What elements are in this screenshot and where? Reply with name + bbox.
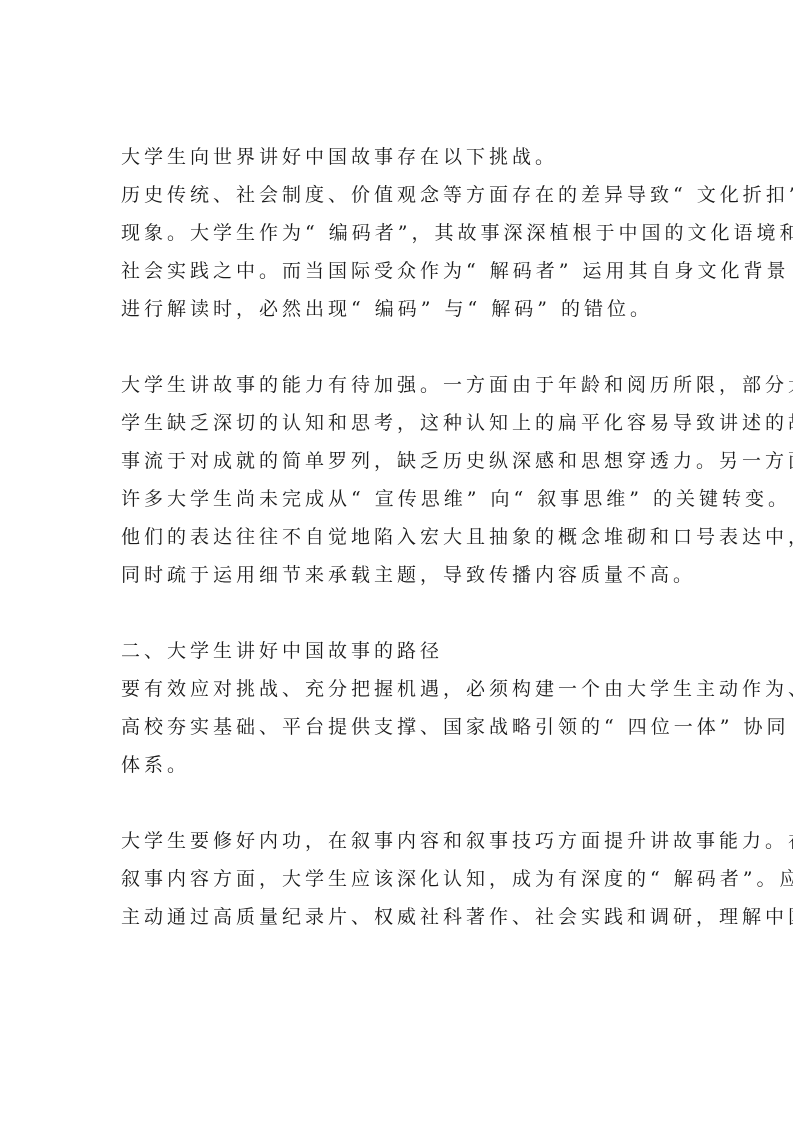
text-line: 高校夯实基础、平台提供支撑、国家战略引领的“ 四位一体” 协同 xyxy=(121,708,677,746)
text-line: 叙事内容方面，大学生应该深化认知，成为有深度的“ 解码者”。应 xyxy=(121,860,677,898)
paragraph-spacer xyxy=(121,328,677,366)
text-line: 体系。 xyxy=(121,746,677,784)
paragraph-cultural-discount: 历史传统、社会制度、价值观念等方面存在的差异导致“ 文化折扣” 现象。大学生作为… xyxy=(121,176,677,328)
document-page: 大学生向世界讲好中国故事存在以下挑战。 历史传统、社会制度、价值观念等方面存在的… xyxy=(121,138,677,936)
text-line: 现象。大学生作为“ 编码者”，其故事深深植根于中国的文化语境和 xyxy=(121,214,677,252)
text-line: 他们的表达往往不自觉地陷入宏大且抽象的概念堆砌和口号表达中， xyxy=(121,518,677,556)
text-line: 历史传统、社会制度、价值观念等方面存在的差异导致“ 文化折扣” xyxy=(121,176,677,214)
text-line: 事流于对成就的简单罗列，缺乏历史纵深感和思想穿透力。另一方面， xyxy=(121,442,677,480)
text-line: 进行解读时，必然出现“ 编码” 与“ 解码” 的错位。 xyxy=(121,290,677,328)
paragraph-spacer xyxy=(121,594,677,632)
text-line: 要有效应对挑战、充分把握机遇，必须构建一个由大学生主动作为、 xyxy=(121,670,677,708)
section-heading: 二、大学生讲好中国故事的路径 xyxy=(121,632,677,670)
text-line: 大学生要修好内功，在叙事内容和叙事技巧方面提升讲故事能力。在 xyxy=(121,822,677,860)
paragraph-inner-skills: 大学生要修好内功，在叙事内容和叙事技巧方面提升讲故事能力。在 叙事内容方面，大学… xyxy=(121,822,677,936)
text-line: 社会实践之中。而当国际受众作为“ 解码者” 运用其自身文化背景 xyxy=(121,252,677,290)
paragraph-section-two: 二、大学生讲好中国故事的路径 要有效应对挑战、充分把握机遇，必须构建一个由大学生… xyxy=(121,632,677,784)
text-line: 大学生讲故事的能力有待加强。一方面由于年龄和阅历所限，部分大 xyxy=(121,366,677,404)
text-line: 主动通过高质量纪录片、权威社科著作、社会实践和调研，理解中国 xyxy=(121,898,677,936)
text-line: 学生缺乏深切的认知和思考，这种认知上的扁平化容易导致讲述的故 xyxy=(121,404,677,442)
text-line: 同时疏于运用细节来承载主题，导致传播内容质量不高。 xyxy=(121,556,677,594)
paragraph-spacer xyxy=(121,784,677,822)
paragraph-storytelling-ability: 大学生讲故事的能力有待加强。一方面由于年龄和阅历所限，部分大 学生缺乏深切的认知… xyxy=(121,366,677,594)
text-line: 许多大学生尚未完成从“ 宣传思维” 向“ 叙事思维” 的关键转变。 xyxy=(121,480,677,518)
paragraph-challenges-intro: 大学生向世界讲好中国故事存在以下挑战。 xyxy=(121,138,677,176)
text-line: 大学生向世界讲好中国故事存在以下挑战。 xyxy=(121,138,677,176)
